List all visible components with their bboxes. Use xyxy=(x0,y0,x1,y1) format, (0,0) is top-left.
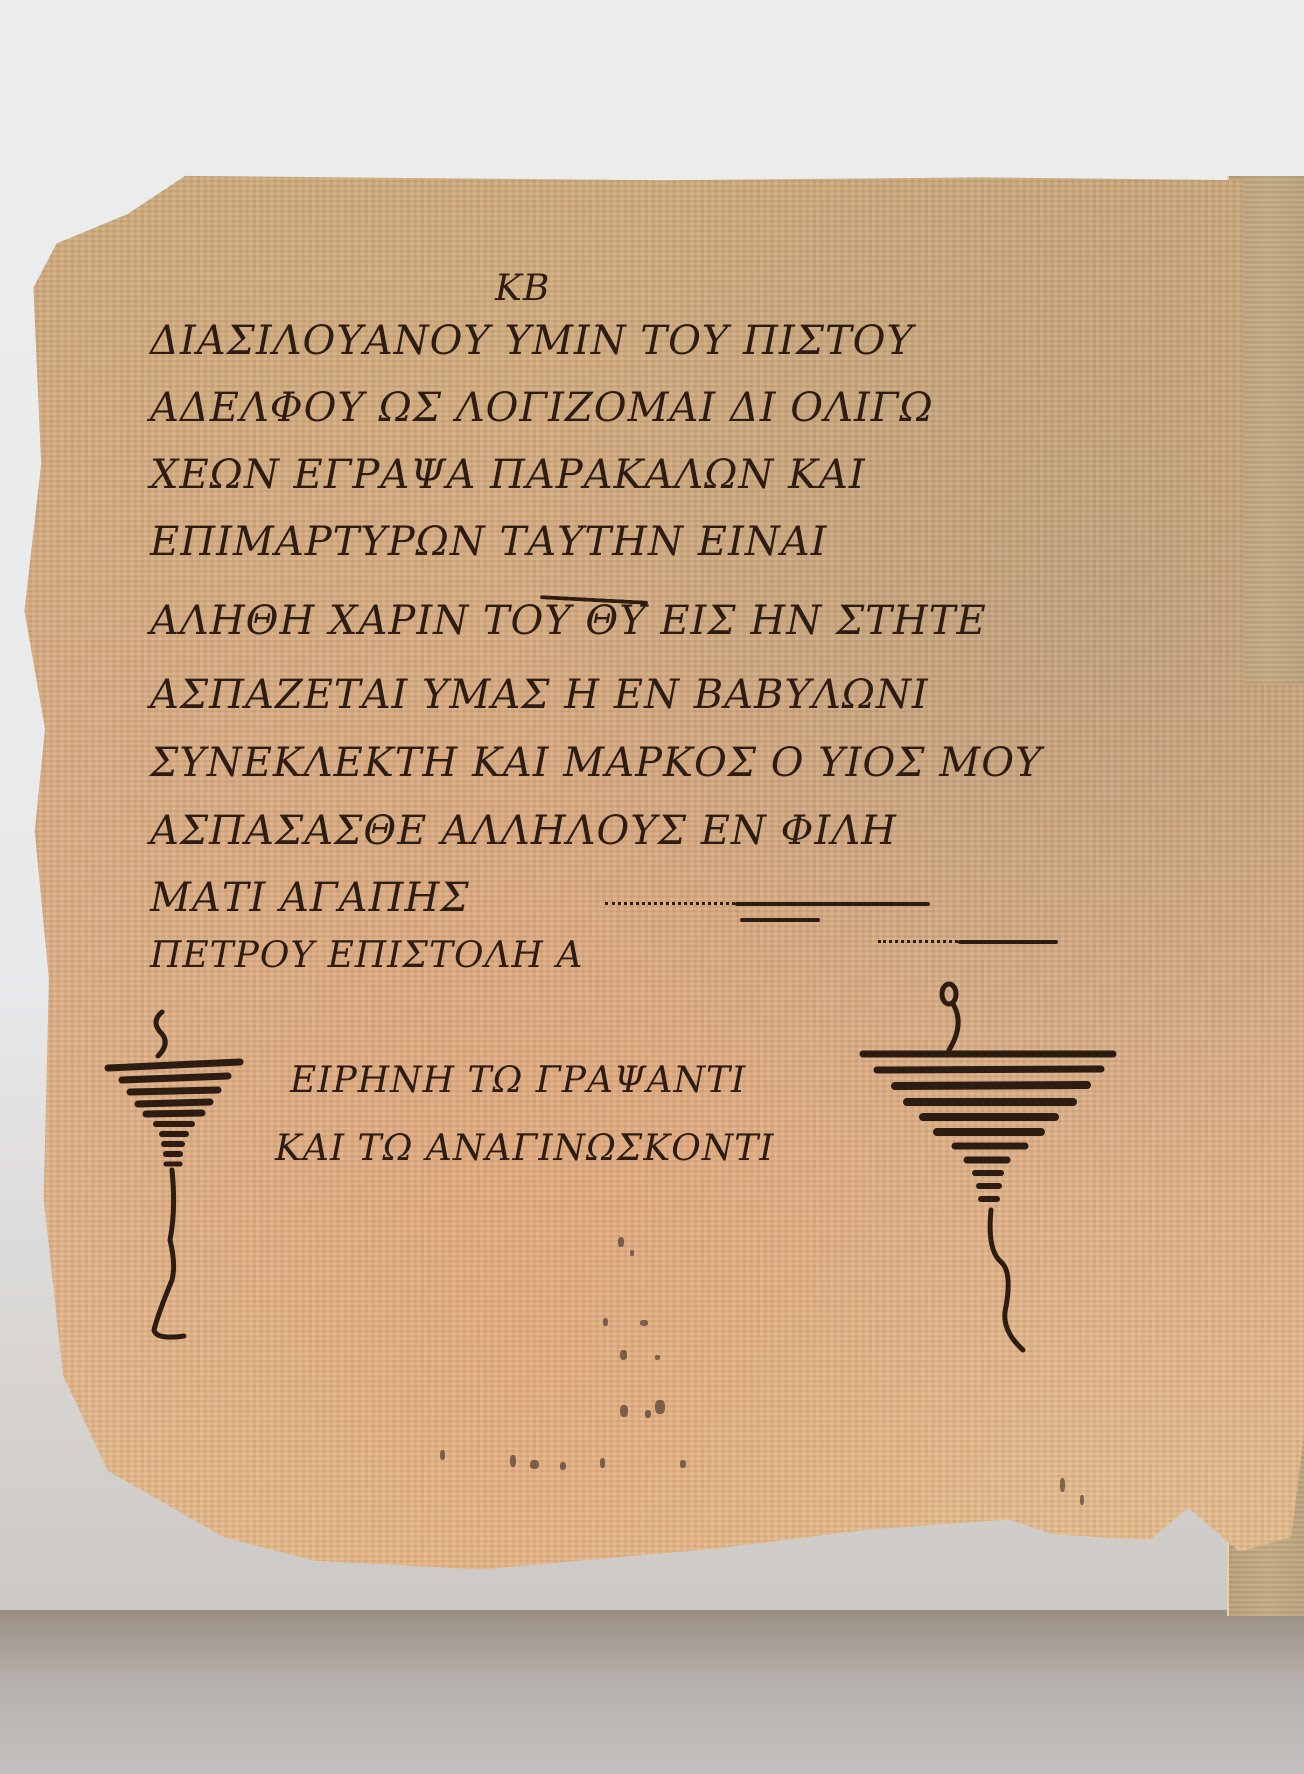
text-line-2: ΑΔΕΛΦΟΥ ΩΣ ΛΟΓΙΖΟΜΑΙ ΔΙ ΟΛΙΓΩ xyxy=(150,385,934,431)
stain xyxy=(600,1458,605,1468)
stain xyxy=(630,1250,634,1256)
text-line-3: ΧΕΩΝ ΕΓΡΑΨΑ ΠΑΡΑΚΑΛΩΝ ΚΑΙ xyxy=(150,452,866,498)
text-line-4: ΕΠΙΜΑΡΤΥΡΩΝ ΤΑΥΤΗΝ ΕΙΝΑΙ xyxy=(150,519,827,565)
stain xyxy=(440,1450,445,1460)
stain xyxy=(560,1462,566,1470)
stain xyxy=(1080,1495,1084,1505)
colophon-title: ΠΕΤΡΟΥ ΕΠΙΣΤΟΛΗ Α xyxy=(150,935,583,976)
stain xyxy=(1060,1478,1065,1492)
stain xyxy=(510,1455,516,1467)
stain xyxy=(655,1400,665,1414)
stain xyxy=(620,1350,627,1360)
line-filler-stroke xyxy=(735,902,930,906)
text-line-7: ΣΥΝΕΚΛΕΚΤΗ ΚΑΙ ΜΑΡΚΟΣ Ο ΥΙΟΣ ΜΟΥ xyxy=(150,740,1042,786)
closing-line-2: ΚΑΙ ΤΩ ΑΝΑΓΙΝΩΣΚΟΝΤΙ xyxy=(275,1128,775,1169)
stain xyxy=(603,1318,608,1326)
stain xyxy=(618,1237,624,1247)
text-line-9: ΜΑΤΙ ΑΓΑΠΗΣ xyxy=(150,875,470,921)
text-line-8: ΑΣΠΑΣΑΣΘΕ ΑΛΛΗΛΟΥΣ ΕΝ ΦΙΛΗ xyxy=(150,808,897,854)
stain xyxy=(530,1460,539,1469)
line-filler-1 xyxy=(605,902,735,905)
stain xyxy=(680,1460,686,1468)
page-number: ΚΒ xyxy=(495,268,550,309)
stain xyxy=(655,1355,660,1360)
stain xyxy=(640,1320,648,1326)
closing-line-1: ΕΙΡΗΝΗ ΤΩ ΓΡΑΨΑΝΤΙ xyxy=(290,1060,746,1101)
line-filler-underline xyxy=(740,918,820,922)
stain xyxy=(620,1405,628,1417)
line-filler-stroke-2 xyxy=(958,940,1058,944)
table-shadow xyxy=(0,1610,1304,1774)
line-filler-2 xyxy=(878,940,958,943)
right-coronis-ornament xyxy=(855,980,1125,1360)
text-line-5: ΑΛΗΘΗ ΧΑΡΙΝ ΤΟΥ ΘΥ ΕΙΣ ΗΝ ΣΤΗΤΕ xyxy=(150,598,987,644)
stain xyxy=(645,1410,651,1418)
text-line-1: ΔΙΑΣΙΛΟΥΑΝΟΥ ΥΜΙΝ ΤΟΥ ΠΙΣΤΟΥ xyxy=(150,318,914,364)
text-line-6: ΑΣΠΑΖΕΤΑΙ ΥΜΑΣ Η ΕΝ ΒΑΒΥΛΩΝΙ xyxy=(150,672,929,718)
left-coronis-ornament xyxy=(100,1000,250,1340)
